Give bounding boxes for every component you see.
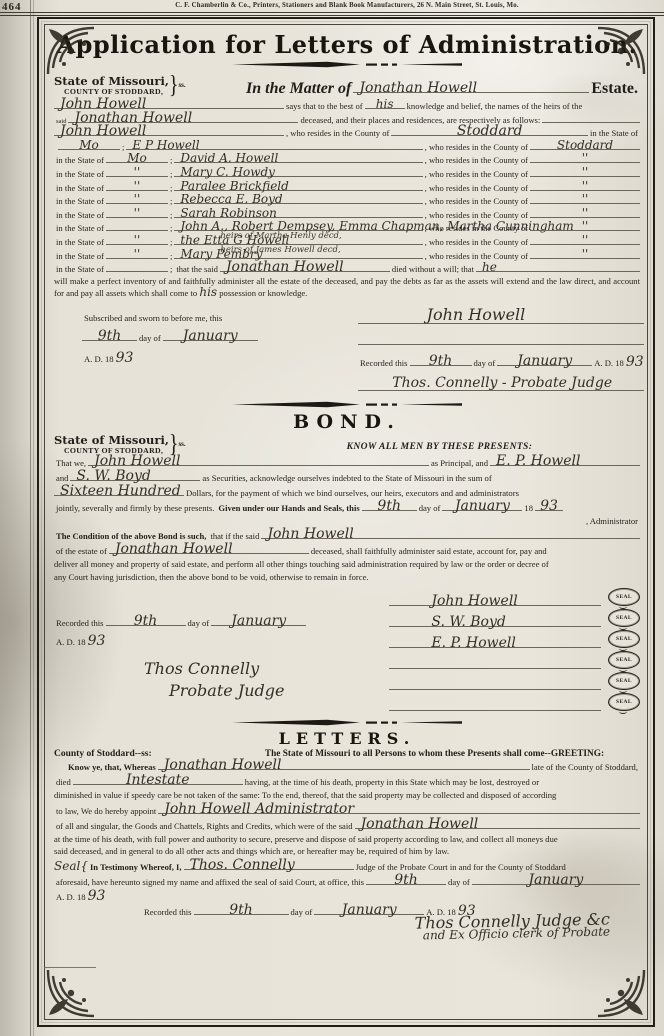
- of-the-estate-of-label: of the estate of: [54, 544, 109, 559]
- letters-decedent2-handwriting: Jonathan Howell: [361, 819, 479, 830]
- in-the-state-of-label: in the State of: [54, 168, 106, 182]
- recorded-month-handwriting: January: [342, 905, 397, 916]
- heir-row: in the State of '' ; Sarah Robinson , wh…: [54, 207, 640, 221]
- bond-day-handwriting: 9th: [377, 501, 401, 512]
- signature-blank: [389, 677, 601, 690]
- letters-month-handwriting: January: [528, 875, 583, 886]
- heirs-list: Mo ; E P Howell , who resides in the Cou…: [54, 139, 640, 261]
- intestate-handwriting: Intestate: [126, 775, 190, 786]
- day-of-label: day of: [186, 616, 212, 631]
- seal-icon: SEAL: [608, 588, 640, 606]
- state-handwriting: Mo: [127, 153, 147, 164]
- bond-given-line: jointly, severally and firmly by these p…: [54, 500, 640, 515]
- state-handwriting: Mo: [79, 140, 99, 151]
- administrator-label: , Administrator: [584, 515, 640, 529]
- first-heir-county-handwriting: Stoddard: [457, 126, 523, 137]
- day-of-label: day of: [446, 875, 472, 890]
- ad-label: A. D. 18: [592, 356, 626, 371]
- recorded-day-blank: 9th: [106, 615, 186, 626]
- principal-handwriting: John Howell: [94, 456, 180, 467]
- recorded-day-handwriting: 9th: [429, 356, 453, 367]
- heir-row: in the State of '' ; the Etta G Howellhe…: [54, 234, 640, 248]
- county-handwriting: '': [582, 221, 589, 232]
- heir-name-handwriting: Mary C. Howdy: [180, 167, 275, 178]
- that-the-said-text: that the said: [174, 263, 220, 277]
- recorded-month-blank: January: [211, 615, 306, 626]
- decedent-name-handwriting: Jonathan Howell: [74, 113, 192, 124]
- bond-day-blank: 9th: [362, 500, 417, 511]
- bond-judge-title-handwriting: Probate Judge: [169, 681, 284, 700]
- appointee-handwriting: John Howell Administrator: [164, 804, 354, 815]
- time-of-death-text: at the time of his death, with full powe…: [54, 834, 558, 844]
- recorded-day-handwriting: 9th: [134, 616, 158, 627]
- in-the-state-of-label: in the State of: [54, 182, 106, 196]
- day-of-label: day of: [137, 331, 163, 346]
- document-border-frame: Application for Letters of Administratio…: [37, 17, 655, 1027]
- bond-year-handwriting: 93: [540, 501, 558, 512]
- state-handwriting: '': [134, 167, 141, 178]
- county-handwriting: '': [582, 167, 589, 178]
- ss-abbreviation: ss.: [178, 81, 185, 89]
- we-do-hereby-appoint-label: to law, We do hereby appoint: [54, 804, 158, 819]
- corner-ornament-icon: [44, 967, 96, 1020]
- bond-header: State of Missouri, COUNTY OF STODDARD, }…: [54, 434, 640, 455]
- county-handwriting: '': [582, 194, 589, 205]
- resides-county-text: , who resides in the County of: [423, 236, 530, 250]
- seal-margin-note-handwriting: Seal{: [54, 859, 88, 874]
- recorded-month-handwriting: January: [517, 356, 572, 367]
- in-the-state-of-label: in the State of: [54, 236, 106, 250]
- recorded-month-blank: January: [314, 904, 424, 915]
- matter-name-blank: Jonathan Howell: [353, 82, 589, 93]
- letters-day-handwriting: 9th: [394, 875, 418, 886]
- bond-estate-line: of the estate of Jonathan Howell decease…: [54, 543, 640, 558]
- bond-year-blank: 93: [535, 500, 563, 511]
- printer-imprint-line: C. F. Chamberlin & Co., Printers, Statio…: [60, 2, 634, 9]
- letters-day-blank: 9th: [366, 874, 446, 885]
- signature-blank: John Howell: [389, 593, 601, 606]
- divider-flourish: [232, 718, 462, 727]
- state-blank: [106, 220, 168, 231]
- resides-county-text: , who resides in the County of: [423, 168, 530, 182]
- heir-row: in the State of '' ; Mary C. Howdy , who…: [54, 166, 640, 180]
- signer-handwriting: S. W. Boyd: [431, 617, 505, 628]
- county-blank: '': [530, 207, 640, 218]
- recorded-year-handwriting: 93: [626, 355, 644, 370]
- given-under-hands-text: Given under our Hands and Seals, this: [216, 501, 361, 516]
- inventory-text-a: will make a perfect inventory of and fai…: [54, 276, 640, 299]
- affiant-signature-line: John Howell: [358, 307, 644, 324]
- seal-icon: SEAL: [608, 609, 640, 627]
- heir-name-handwriting: E P Howell: [132, 140, 199, 151]
- state-handwriting: '': [134, 194, 141, 205]
- recorded-day-blank: 9th: [194, 904, 289, 915]
- recorded-year-handwriting: 93: [88, 634, 106, 649]
- decedent-blank: Jonathan Howell: [220, 261, 390, 272]
- application-signature-block: Subscribed and sworn to before me, this …: [54, 303, 640, 399]
- state-handwriting: '': [134, 249, 141, 260]
- mid-rule: [258, 455, 429, 466]
- state-blank: [106, 261, 168, 272]
- resides-county-text: , who resides in the County of: [423, 195, 530, 209]
- county-handwriting: '': [582, 249, 589, 260]
- in-the-state-of-label: in the State of: [54, 209, 106, 223]
- estate-name-handwriting: Jonathan Howell: [115, 544, 233, 555]
- recorded-this-label: Recorded this: [54, 616, 106, 631]
- bond-deliver-paragraph: deliver all money and property of said e…: [54, 559, 640, 571]
- state-of-missouri-label: State of Missouri,: [54, 434, 169, 446]
- having-property-text: having, at the time of his death, proper…: [243, 775, 541, 790]
- heir-name-blank: John A., Robert Dempsey, Emma Chapman, M…: [174, 220, 422, 231]
- heir-name-blank: the Etta G Howellheirs of James Howell d…: [174, 234, 422, 245]
- trailing-rule: [542, 112, 640, 123]
- matter-name-handwriting: Jonathan Howell: [359, 83, 477, 94]
- top-rule: [0, 12, 664, 16]
- recorded-month-handwriting: January: [231, 616, 286, 627]
- application-header: State of Missouri, COUNTY OF STODDARD, }…: [54, 72, 640, 98]
- in-the-matter-of-label: In the Matter of: [244, 80, 353, 98]
- heir-name-handwriting: David A. Howell: [180, 153, 278, 164]
- intestate-blank: Intestate: [73, 774, 243, 785]
- recorded-day-blank: 9th: [410, 355, 472, 366]
- county-blank: '': [530, 166, 640, 177]
- inventory-text-b: possession or knowledge.: [219, 288, 307, 298]
- corner-ornament-icon: [596, 24, 648, 76]
- county-blank: '': [530, 193, 640, 204]
- decedent-name-blank: Jonathan Howell: [68, 112, 298, 123]
- recorded-month-blank: January: [497, 355, 592, 366]
- security1-blank: E. P. Howell: [490, 455, 640, 466]
- bond-signature-block: Recorded this 9th day of January A. D. 1…: [54, 585, 640, 717]
- in-the-state-of-label: in the State of: [54, 154, 106, 168]
- heir-name-blank: Rebecca E. Boyd: [174, 193, 422, 204]
- letters-greeting-row: County of Stoddard--ss: The State of Mis…: [54, 749, 640, 759]
- letters-decedent-blank: Jonathan Howell: [158, 759, 530, 770]
- died-intestate-line: died Intestate having, at the time of hi…: [54, 774, 640, 789]
- heir-row: in the State of '' ; Paralee Brickfield …: [54, 180, 640, 194]
- know-all-men-text: KNOW ALL MEN BY THESE PRESENTS:: [239, 434, 640, 455]
- county-handwriting: Stoddard: [557, 140, 613, 151]
- goods-line: of all and singular, the Goods and Chatt…: [54, 818, 640, 833]
- heir-name-blank: Sarah Robinson: [174, 207, 422, 218]
- county-blank: Stoddard: [530, 139, 640, 150]
- as-principal-label: as Principal, and: [429, 456, 490, 471]
- decedent-handwriting: Jonathan Howell: [226, 262, 344, 273]
- principal-blank: John Howell: [88, 455, 258, 466]
- amount-handwriting: Sixteen Hundred: [60, 486, 181, 497]
- heir-name-blank: David A. Howell: [174, 152, 422, 163]
- heir-name-blank: Mary C. Howdy: [174, 166, 422, 177]
- day-of-label: day of: [289, 905, 315, 920]
- page-edge-line: [30, 0, 31, 1036]
- county-of-stoddard-label: COUNTY OF STODDARD,: [54, 87, 169, 96]
- sworn-text: Subscribed and sworn to before me, this: [82, 311, 224, 326]
- document-page: Application for Letters of Administratio…: [41, 21, 651, 1023]
- heir-row: in the State of '' ; Mary Pembry , who r…: [54, 248, 640, 262]
- signature-blank: E. P. Howell: [389, 635, 601, 648]
- letters-heading: LETTERS.: [54, 729, 640, 748]
- county-handwriting: '': [582, 208, 589, 219]
- state-blank: '': [106, 248, 168, 259]
- letters-year-handwriting: 93: [88, 889, 106, 904]
- signature-blank: [389, 698, 601, 711]
- county-handwriting: '': [582, 153, 589, 164]
- state-of-missouri-label: State of Missouri,: [54, 75, 169, 87]
- affiant-name-blank: John Howell: [54, 98, 284, 109]
- state-blank: Mo: [106, 152, 168, 163]
- state-blank: '': [106, 207, 168, 218]
- pronoun-handwriting: his: [376, 99, 394, 110]
- state-blank: '': [106, 180, 168, 191]
- state-handwriting: '': [134, 181, 141, 192]
- bond-signers: John Howell SEAL S. W. Boyd SEAL E. P. H…: [389, 585, 640, 717]
- estate-name-blank: Jonathan Howell: [109, 543, 309, 554]
- county-handwriting: '': [582, 235, 589, 246]
- letters-judge-blank: Thos. Connelly: [184, 859, 354, 870]
- in-the-state-of-label: in the State of: [54, 263, 106, 277]
- divider-flourish: [232, 60, 462, 69]
- as-securities-text: as Securities, acknowledge ourselves ind…: [200, 471, 493, 486]
- first-heir-name-handwriting: John Howell: [60, 126, 146, 137]
- greeting-text: The State of Missouri to all Persons to …: [229, 749, 640, 759]
- diminished-text: diminished in value if speedy care be no…: [54, 790, 556, 800]
- goods-chattels-text: of all and singular, the Goods and Chatt…: [54, 819, 355, 834]
- seal-signature-row: SEAL: [389, 690, 640, 711]
- letters-decedent-handwriting: Jonathan Howell: [164, 760, 282, 771]
- signer-handwriting: E. P. Howell: [431, 638, 515, 649]
- bond-court-paragraph: any Court having jurisdiction, then the …: [54, 572, 640, 584]
- state-blank: Mo: [58, 139, 120, 150]
- security2-blank: S. W. Boyd: [70, 470, 200, 481]
- first-heir-county-blank: Stoddard: [391, 125, 588, 136]
- sworn-day-blank: 9th: [82, 330, 137, 341]
- bond-month-handwriting: January: [455, 501, 510, 512]
- page-edge-line: [33, 0, 34, 1036]
- recorded-this-label: Recorded this: [54, 905, 194, 920]
- appointee-blank: John Howell Administrator: [158, 803, 640, 814]
- day-of-label: day of: [417, 501, 443, 516]
- resides-county-text: , who resides in the County of: [423, 154, 530, 168]
- heir-row: Mo ; E P Howell , who resides in the Cou…: [54, 139, 640, 153]
- heir-row: in the State of ; John A., Robert Dempse…: [54, 220, 640, 234]
- pronoun-handwriting: he: [482, 262, 497, 273]
- brace-glyph: }: [169, 73, 179, 98]
- jointly-text: jointly, severally and firmly by these p…: [54, 501, 216, 516]
- county-blank: '': [530, 248, 640, 259]
- heir-row: in the State of '' ; Rebecca E. Boyd , w…: [54, 193, 640, 207]
- matter-line: In the Matter of Jonathan Howell Estate.: [244, 80, 640, 98]
- ss-abbreviation: ss.: [178, 440, 185, 448]
- first-heir-name-blank: John Howell: [54, 125, 284, 136]
- seal-signature-row: S. W. Boyd SEAL: [389, 606, 640, 627]
- security2-handwriting: S. W. Boyd: [76, 471, 150, 482]
- county-handwriting: '': [582, 181, 589, 192]
- affiant-signature-handwriting: John Howell: [427, 305, 526, 324]
- aforesaid-line: aforesaid, have hereunto signed my name …: [54, 874, 640, 889]
- bond-month-blank: January: [442, 500, 522, 511]
- ad-label: A. D. 18: [54, 635, 88, 650]
- acts-text: said deceased, and in general to do all …: [54, 846, 449, 856]
- pronoun-blank: his: [365, 98, 405, 109]
- judge-signature-line: Thos. Connelly - Probate Judge: [358, 374, 644, 391]
- heir-name-blank: Paralee Brickfield: [174, 180, 422, 191]
- amount-blank: Sixteen Hundred: [54, 485, 184, 496]
- corner-ornament-icon: [44, 24, 96, 76]
- divider-flourish: [232, 400, 462, 409]
- bond-heading: BOND.: [54, 411, 640, 433]
- document-title: Application for Letters of Administratio…: [54, 30, 640, 59]
- resides-county-text: , who resides in the County of: [423, 141, 530, 155]
- ad-label: A. D. 18: [54, 890, 88, 905]
- letters-decedent2-blank: Jonathan Howell: [355, 818, 640, 829]
- letters-month-blank: January: [472, 874, 640, 885]
- blank-signature-line: [358, 328, 644, 345]
- first-heir-line: John Howell , who resides in the County …: [54, 125, 640, 139]
- judge-signature-handwriting: Thos. Connelly - Probate Judge: [392, 375, 612, 391]
- sworn-day-handwriting: 9th: [98, 331, 122, 342]
- state-blank: '': [106, 193, 168, 204]
- ad-label: A. D. 18: [82, 352, 116, 367]
- deliver-text: deliver all money and property of said e…: [54, 559, 549, 569]
- condition-name-handwriting: John Howell: [267, 529, 353, 540]
- seal-icon: SEAL: [608, 651, 640, 669]
- seal-signature-row: SEAL: [389, 669, 640, 690]
- in-the-state-of-label: in the State of: [54, 195, 106, 209]
- sworn-year-handwriting: 93: [116, 351, 134, 366]
- state-handwriting: '': [134, 235, 141, 246]
- inventory-paragraph: will make a perfect inventory of and fai…: [54, 276, 640, 300]
- bond-judge-signature-handwriting: Thos Connelly: [144, 659, 259, 678]
- heir-name-handwriting: Sarah Robinson: [180, 208, 276, 219]
- in-the-state-of-label: in the State of: [54, 250, 106, 264]
- signer-handwriting: John Howell: [431, 596, 517, 607]
- heir-name-blank: Mary Pembry: [174, 248, 422, 259]
- state-handwriting: '': [134, 208, 141, 219]
- pronoun-blank: he: [476, 261, 640, 272]
- state-blank: '': [106, 234, 168, 245]
- signature-blank: S. W. Boyd: [389, 614, 601, 627]
- condition-name-blank: John Howell: [261, 528, 640, 539]
- heir-name-handwriting: Mary Pembry: [180, 249, 262, 260]
- corner-ornament-icon: [596, 968, 648, 1020]
- seal-signature-row: SEAL: [389, 648, 640, 669]
- county-blank: '': [530, 152, 640, 163]
- security1-handwriting: E. P. Howell: [496, 456, 580, 467]
- heir-name-handwriting: Paralee Brickfield: [180, 181, 288, 192]
- resides-county-text: , who resides in the County of: [423, 182, 530, 196]
- sworn-month-blank: January: [163, 330, 258, 341]
- appointment-line: to law, We do hereby appoint John Howell…: [54, 803, 640, 818]
- died-without-will-text: died without a will; that: [390, 263, 476, 277]
- recorded-this-label: Recorded this: [358, 356, 410, 371]
- late-of-county-text: late of the County of Stoddard,: [530, 760, 640, 775]
- sworn-month-handwriting: January: [183, 331, 238, 342]
- in-testimony-whereof-label: In Testimony Whereof, I,: [88, 860, 184, 875]
- letters-judge-handwriting: Thos. Connelly: [190, 860, 295, 871]
- heir-name-blank: E P Howell: [126, 139, 422, 150]
- heir-name-handwriting: Rebecca E. Boyd: [180, 194, 282, 205]
- died-without-will-line: in the State of ; that the said Jonathan…: [54, 261, 640, 275]
- day-of-label: day of: [472, 356, 498, 371]
- seal-icon: SEAL: [608, 672, 640, 690]
- in-the-state-of-label: in the State of: [54, 222, 106, 236]
- seal-icon: SEAL: [608, 630, 640, 648]
- died-label: died: [54, 775, 73, 790]
- signature-blank: [389, 656, 601, 669]
- pronoun-handwriting: his: [199, 285, 217, 299]
- seal-signature-row: John Howell SEAL: [389, 585, 640, 606]
- estate-label: Estate.: [589, 80, 640, 98]
- seal-signature-row: E. P. Howell SEAL: [389, 627, 640, 648]
- acts-paragraph: said deceased, and in general to do all …: [54, 846, 640, 858]
- county-blank: '': [530, 180, 640, 191]
- court-text: any Court having jurisdiction, then the …: [54, 572, 369, 582]
- county-blank: '': [530, 220, 640, 231]
- county-blank: '': [530, 234, 640, 245]
- deceased-administer-text: deceased, shall faithfully administer sa…: [309, 544, 549, 559]
- seal-icon: SEAL: [608, 693, 640, 711]
- heir-row: in the State of Mo ; David A. Howell , w…: [54, 152, 640, 166]
- time-of-death-paragraph: at the time of his death, with full powe…: [54, 834, 640, 846]
- state-blank: '': [106, 166, 168, 177]
- year-prefix-label: 18: [522, 501, 535, 516]
- affiant-name-handwriting: John Howell: [60, 99, 146, 110]
- recorded-day-handwriting: 9th: [229, 905, 253, 916]
